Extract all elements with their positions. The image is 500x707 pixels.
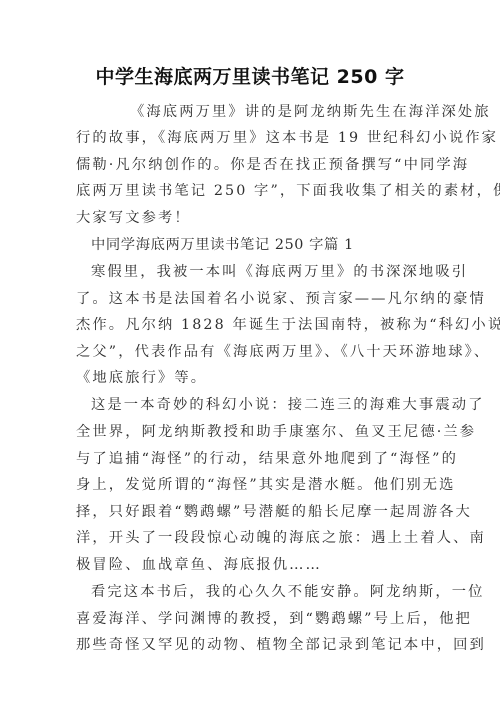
paragraph-line: 与了追捕“海怪”的行动，结果意外地爬到了“海怪”的 (76, 450, 422, 468)
paragraph-line: 杰作。凡尔纳 1828 年诞生于法国南特，被称为“科幻小说 (76, 316, 422, 334)
paragraph-line: 喜爱海洋、学问渊博的教授，到“鹦鹉螺”号上后，他把 (76, 610, 422, 628)
paragraph-line: 极冒险、血战章鱼、海底报仇…… (76, 556, 422, 574)
paragraph-line: 了。这本书是法国着名小说家、预言家——凡尔纳的豪情 (76, 290, 422, 308)
intro-line: 儒勒·凡尔纳创作的。你是否在找正预备撰写“中同学海 (76, 156, 422, 174)
paragraph-line: 择，只好跟着“鹦鹉螺”号潜艇的船长尼摩一起周游各大 (76, 503, 422, 521)
intro-line: 《海底两万里》讲的是阿龙纳斯先生在海洋深处旅 (130, 103, 422, 121)
section-heading: 中同学海底两万里读书笔记 250 字篇 1 (91, 236, 422, 254)
paragraph-line: 《地底旅行》等。 (76, 369, 422, 387)
paragraph-line: 那些奇怪又罕见的动物、植物全部记录到笔记本中，回到 (76, 636, 422, 654)
paragraph-line: 看完这本书后，我的心久久不能安静。阿龙纳斯，一位 (91, 583, 422, 601)
paragraph-line: 身上，发觉所谓的“海怪”其实是潜水艇。他们别无选 (76, 476, 422, 494)
intro-line: 大家写文参考！ (76, 209, 422, 227)
paragraph-line: 这是一本奇妙的科幻小说：接二连三的海难大事震动了 (91, 396, 422, 414)
document-title: 中学生海底两万里读书笔记 250 字 (0, 62, 500, 89)
paragraph-line: 寒假里，我被一本叫《海底两万里》的书深深地吸引 (91, 263, 422, 281)
intro-line: 底两万里读书笔记 250 字”，下面我收集了相关的素材，供 (76, 182, 422, 200)
paragraph-line: 洋，开头了一段段惊心动魄的海底之旅：遇上土着人、南 (76, 529, 422, 547)
intro-line: 行的故事，《海底两万里》这本书是 19 世纪科幻小说作家 (76, 129, 422, 147)
paragraph-line: 全世界，阿龙纳斯教授和助手康塞尔、鱼叉王尼德·兰参 (76, 423, 422, 441)
paragraph-line: 之父”，代表作品有《海底两万里》、《八十天环游地球》、 (76, 343, 422, 361)
